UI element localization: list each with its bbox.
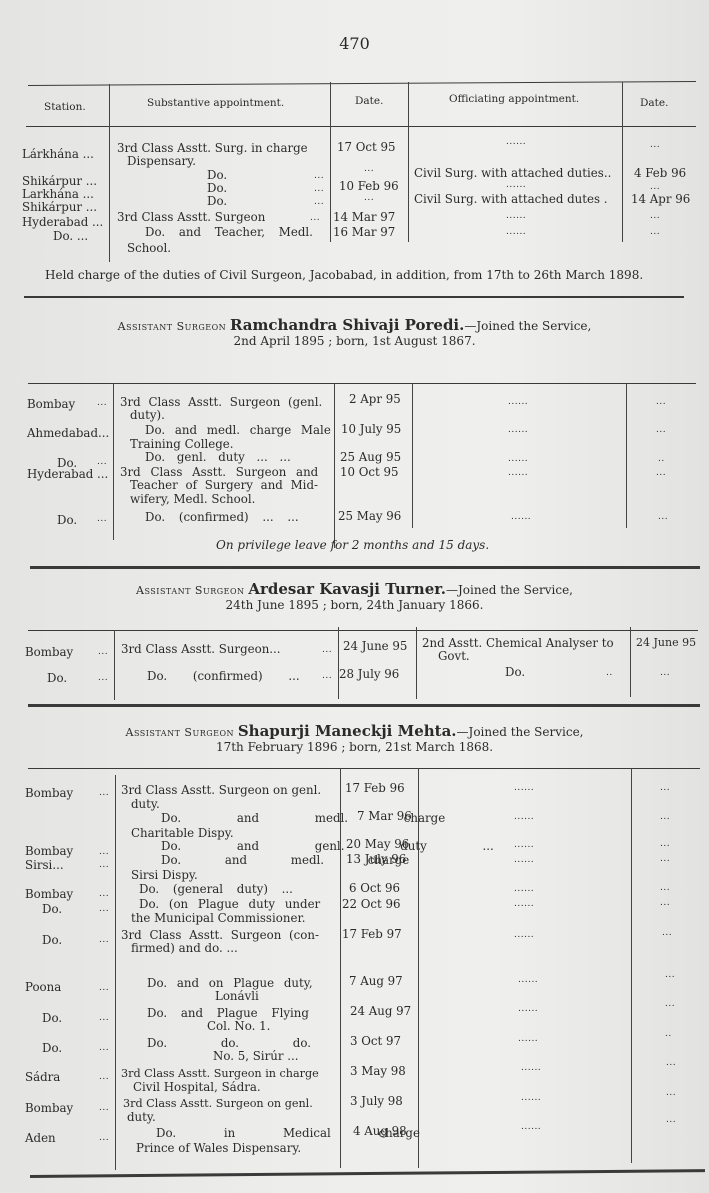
date-cell: 28 July 96 <box>339 668 399 681</box>
officiating-cell: ...... <box>514 783 534 793</box>
officer-heading: Assistant Surgeon Ardesar Kavasji Turner… <box>0 582 709 613</box>
officiating-cell: ...... <box>521 1122 541 1132</box>
col-divider <box>330 82 331 242</box>
date-cell: 25 May 96 <box>338 510 401 523</box>
officiating-date-cell: ... <box>650 227 660 237</box>
officiating-date-cell: ... <box>660 812 670 822</box>
officer-rank: Assistant Surgeon <box>126 726 235 739</box>
col-header-station: Station. <box>44 101 86 113</box>
officiating-date-cell: ... <box>660 783 670 793</box>
substantive-dots: ... <box>314 197 324 207</box>
substantive-cell: Do. (general duty) ... <box>139 883 293 896</box>
date-cell: 17 Feb 97 <box>342 928 402 941</box>
substantive-cell-cont: Prince of Wales Dispensary. <box>136 1142 301 1155</box>
substantive-cell: 3rd Class Asstt. Surgeon on genl. <box>121 784 321 797</box>
officiating-cell: ...... <box>518 1004 538 1014</box>
officiating-cell: ...... <box>508 425 528 435</box>
officer-name: Ardesar Kavasji Turner. <box>248 580 446 598</box>
substantive-dots: ... <box>322 671 332 681</box>
officiating-cell: ...... <box>514 812 534 822</box>
officiating-cell: ...... <box>514 899 534 909</box>
substantive-cell: Do. and Teacher, Medl. <box>145 226 313 239</box>
officiating-date-cell: ... <box>656 425 666 435</box>
officiating-date-cell: 4 Feb 96 <box>634 167 686 180</box>
section1-note: Held charge of the duties of Civil Surge… <box>45 268 643 282</box>
substantive-cell-cont: Dispensary. <box>127 155 196 168</box>
station-cell: Hyderabad ... <box>22 216 103 229</box>
date-cell: 3 July 98 <box>350 1095 403 1108</box>
officiating-date-cell: ... <box>662 928 672 938</box>
substantive-cell-cont: Sirsi Dispy. <box>131 869 198 882</box>
officiating-cell: ...... <box>514 884 534 894</box>
officiating-cell: ...... <box>514 930 534 940</box>
officiating-cell: Civil Surg. with attached dutes . <box>414 193 608 206</box>
col-divider <box>114 630 115 700</box>
officiating-dots: .. <box>606 668 613 678</box>
station-cell: Bombay <box>25 888 73 901</box>
date-cell: ... <box>364 193 374 203</box>
officiating-date-cell: ... <box>650 140 660 150</box>
station-cell: Shikárpur ... <box>22 201 97 214</box>
header-bottom-rule <box>26 126 696 127</box>
station-cell: Do. <box>42 903 62 916</box>
officiating-date-cell: .. <box>665 1029 672 1039</box>
station-cell: Poona <box>25 981 61 994</box>
officer-heading: Assistant Surgeon Ramchandra Shivaji Por… <box>0 318 709 349</box>
officiating-cell: ...... <box>511 512 531 522</box>
substantive-cell: 3rd Class Asstt. Surgeon... <box>121 643 281 656</box>
officiating-date-cell: .. <box>658 454 665 464</box>
date-cell: 6 Oct 96 <box>349 882 400 895</box>
date-cell: 17 Oct 95 <box>337 141 396 154</box>
substantive-cell: 3rd Class Asstt. Surgeon in charge <box>121 1067 319 1080</box>
col-header-date-2: Date. <box>640 97 668 109</box>
date-cell: 7 Mar 96 <box>357 810 412 823</box>
officiating-date-cell: ... <box>660 839 670 849</box>
officiating-cell: ...... <box>514 840 534 850</box>
officiating-date-cell: ... <box>660 883 670 893</box>
officiating-cell: ...... <box>506 211 526 221</box>
date-cell: 25 Aug 95 <box>340 451 401 464</box>
officiating-cell: Do. <box>505 666 525 679</box>
station-dots: ... <box>99 983 109 993</box>
substantive-cell: Do. (confirmed) ... <box>147 670 300 683</box>
section-divider-rule <box>30 566 700 569</box>
substantive-cell-cont: the Municipal Commissioner. <box>131 912 306 925</box>
col-divider <box>622 82 623 242</box>
officer-bio-line1: —Joined the Service, <box>457 725 584 739</box>
section-divider-rule <box>24 296 684 298</box>
col-divider <box>115 775 116 1170</box>
officiating-cell: ...... <box>508 468 528 478</box>
col-divider <box>631 768 632 1163</box>
officiating-cell: ...... <box>521 1063 541 1073</box>
substantive-cell-cont: duty. <box>127 1111 156 1124</box>
date-cell: 16 Mar 97 <box>333 226 395 239</box>
station-cell: Do. <box>42 934 62 947</box>
officiating-date-cell: ... <box>666 1088 676 1098</box>
station-dots: ... <box>99 1072 109 1082</box>
officiating-date-cell: 24 June 95 <box>636 636 696 649</box>
officiating-cell: ...... <box>506 180 526 190</box>
date-cell: 20 May 96 <box>346 838 409 851</box>
substantive-cell: 3rd Class Asstt. Surgeon <box>117 211 265 224</box>
substantive-cell: Do. <box>207 195 227 208</box>
station-dots: ... <box>98 673 108 683</box>
station-dots: ... <box>99 935 109 945</box>
date-cell: 17 Feb 96 <box>345 782 405 795</box>
station-cell: Bombay <box>27 398 75 411</box>
officiating-cell: ...... <box>506 137 526 147</box>
station-dots: ... <box>97 514 107 524</box>
station-dots: ... <box>99 1103 109 1113</box>
col-divider <box>412 383 413 528</box>
date-cell: ... <box>364 164 374 174</box>
date-cell: 2 Apr 95 <box>349 393 401 406</box>
substantive-cell-cont: Teacher of Surgery and Mid- <box>130 479 318 492</box>
officer-rank: Assistant Surgeon <box>136 584 245 597</box>
substantive-dots: ... <box>322 645 332 655</box>
officiating-date-cell: ... <box>650 182 660 192</box>
substantive-cell-cont: Civil Hospital, Sádra. <box>133 1081 261 1094</box>
station-dots: ... <box>99 1013 109 1023</box>
substantive-cell-cont: School. <box>127 242 171 255</box>
col-divider <box>338 627 339 699</box>
station-cell: Bombay <box>25 1102 73 1115</box>
table-top-rule <box>28 383 696 384</box>
substantive-cell: Do. and genl. duty ... <box>161 840 494 853</box>
substantive-cell: Do. (confirmed) ... ... <box>145 511 299 524</box>
officer-bio-line2: 2nd April 1895 ; born, 1st August 1867. <box>233 334 475 348</box>
date-cell: 14 Mar 97 <box>333 211 395 224</box>
station-cell: Bombay <box>25 646 73 659</box>
date-cell: 10 Oct 95 <box>340 466 399 479</box>
officer-bio-line1: —Joined the Service, <box>446 583 573 597</box>
officiating-cell: ...... <box>518 975 538 985</box>
col-divider <box>416 627 417 699</box>
substantive-dots: ... <box>314 184 324 194</box>
date-cell: 4 Aug 98 <box>353 1125 407 1138</box>
substantive-dots: ... <box>314 171 324 181</box>
table-top-rule <box>28 630 698 631</box>
officer-bio-line2: 17th February 1896 ; born, 21st March 18… <box>216 740 493 754</box>
station-dots: ... <box>97 398 107 408</box>
substantive-cell: Do. and medl. charge Male <box>145 424 331 437</box>
substantive-cell: Do. genl. duty ... ... <box>145 451 291 464</box>
date-cell: 13 July 96 <box>346 853 406 866</box>
station-cell: Do. ... <box>53 230 88 243</box>
date-cell: 7 Aug 97 <box>349 975 403 988</box>
station-cell: Do. <box>47 672 67 685</box>
officiating-date-cell: ... <box>665 970 675 980</box>
station-dots: ... <box>99 788 109 798</box>
officiating-cell-cont: Govt. <box>438 650 470 663</box>
station-cell: Bombay <box>25 787 73 800</box>
officiating-date-cell: ... <box>656 397 666 407</box>
date-cell: 10 Feb 96 <box>339 180 399 193</box>
substantive-cell-cont: wifery, Medl. School. <box>130 493 255 506</box>
col-divider <box>408 82 409 242</box>
officiating-date-cell: ... <box>666 1115 676 1125</box>
substantive-cell-cont: firmed) and do. ... <box>131 942 238 955</box>
station-dots: ... <box>99 847 109 857</box>
station-cell: Hyderabad ... <box>27 468 108 481</box>
station-dots: ... <box>99 860 109 870</box>
station-dots: ... <box>99 1043 109 1053</box>
header-top-rule <box>28 81 696 86</box>
substantive-cell: 3rd Class Asstt. Surgeon on genl. <box>123 1097 313 1110</box>
col-divider <box>334 383 335 548</box>
document-page: 470 Station. Substantive appointment. Da… <box>0 0 709 1193</box>
station-dots: ... <box>99 1133 109 1143</box>
station-cell: Do. <box>57 514 77 527</box>
station-cell: Do. <box>42 1042 62 1055</box>
col-header-substantive: Substantive appointment. <box>147 97 284 109</box>
bottom-rule <box>30 1169 705 1178</box>
substantive-dots: ... <box>310 213 320 223</box>
substantive-cell-cont: No. 5, Sirúr ... <box>213 1050 298 1063</box>
officiating-cell: Civil Surg. with attached duties.. <box>414 167 611 180</box>
officiating-date-cell: ... <box>650 211 660 221</box>
officiating-cell: ...... <box>508 397 528 407</box>
date-cell: 10 July 95 <box>341 423 401 436</box>
officiating-cell: ...... <box>508 454 528 464</box>
table-top-rule <box>28 768 700 769</box>
station-cell: Ahmedabad... <box>27 427 109 440</box>
station-cell: Do. <box>42 1012 62 1025</box>
officiating-date-cell: ... <box>658 512 668 522</box>
officer-name: Shapurji Maneckji Mehta. <box>238 722 457 740</box>
officer-name: Ramchandra Shivaji Poredi. <box>230 316 464 334</box>
officiating-date-cell: 14 Apr 96 <box>631 193 690 206</box>
col-divider <box>626 383 627 528</box>
officiating-date-cell: ... <box>666 1058 676 1068</box>
officiating-date-cell: ... <box>660 854 670 864</box>
station-dots: ... <box>98 647 108 657</box>
station-cell: Sirsi... <box>25 859 64 872</box>
date-cell: 3 Oct 97 <box>350 1035 401 1048</box>
col-header-officiating: Officiating appointment. <box>449 93 579 105</box>
substantive-cell-cont: duty. <box>131 798 160 811</box>
officer-bio-line2: 24th June 1895 ; born, 24th January 1866… <box>226 598 484 612</box>
section2-note: On privilege leave for 2 months and 15 d… <box>216 538 489 552</box>
station-dots: ... <box>97 457 107 467</box>
substantive-cell-cont: Col. No. 1. <box>207 1020 270 1033</box>
station-cell: Bombay <box>25 845 73 858</box>
officiating-date-cell: ... <box>656 468 666 478</box>
col-divider <box>113 383 114 540</box>
col-divider <box>340 768 341 1168</box>
section-divider-rule <box>28 704 700 707</box>
officiating-cell: ...... <box>506 227 526 237</box>
page-number: 470 <box>0 34 709 53</box>
col-divider <box>109 84 110 262</box>
officiating-cell: ...... <box>518 1034 538 1044</box>
officer-bio-line1: —Joined the Service, <box>464 319 591 333</box>
officiating-cell: ...... <box>521 1093 541 1103</box>
substantive-cell-cont: duty). <box>130 409 165 422</box>
substantive-cell-cont: Lonávli <box>215 990 259 1003</box>
station-dots: ... <box>99 904 109 914</box>
date-cell: 24 June 95 <box>343 640 407 653</box>
station-cell: Lárkhána ... <box>22 148 94 161</box>
date-cell: 22 Oct 96 <box>342 898 401 911</box>
station-cell: Aden <box>25 1132 56 1145</box>
date-cell: 3 May 98 <box>350 1065 406 1078</box>
station-cell: Sádra <box>25 1071 60 1084</box>
officiating-date-cell: ... <box>665 999 675 1009</box>
col-header-date: Date. <box>355 95 383 107</box>
officer-rank: Assistant Surgeon <box>118 320 227 333</box>
col-divider <box>630 627 631 697</box>
col-divider <box>418 768 419 1168</box>
officiating-date-cell: ... <box>660 898 670 908</box>
officer-heading: Assistant Surgeon Shapurji Maneckji Meht… <box>0 724 709 755</box>
officiating-date-cell: ... <box>660 668 670 678</box>
date-cell: 24 Aug 97 <box>350 1005 411 1018</box>
substantive-cell: Do. (on Plague duty under <box>139 898 320 911</box>
officiating-cell: ...... <box>514 855 534 865</box>
station-dots: ... <box>99 889 109 899</box>
